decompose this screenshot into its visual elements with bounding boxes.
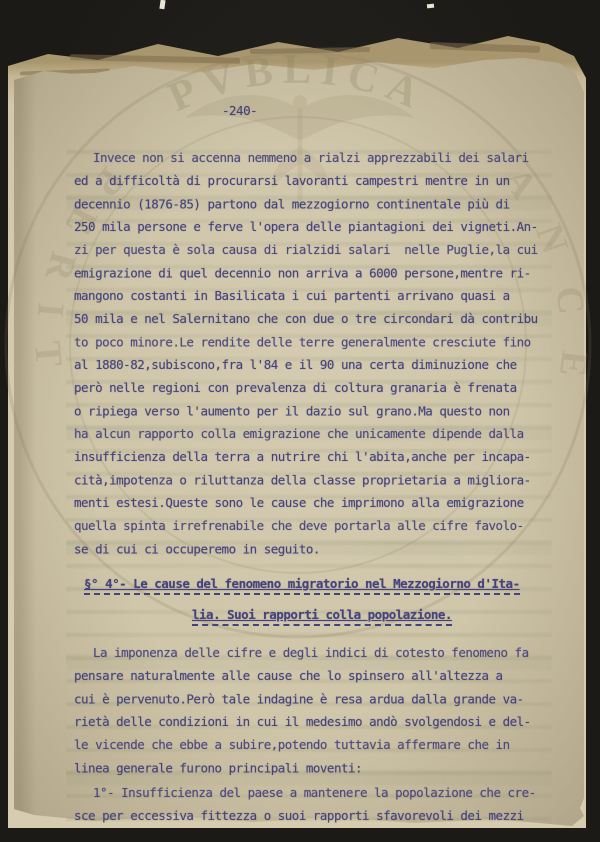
text-line: 1°- Insufficienza del paese a mantenere … <box>74 781 554 804</box>
text-line: se di cui ci occuperemo in seguito. <box>74 538 554 561</box>
body-paragraph-2: La imponenza delle cifre e degli indici … <box>74 641 554 779</box>
section-heading-line-1: §° 4°- Le cause del fenomeno migratorio … <box>84 576 520 595</box>
section-heading-line-2: lia. Suoi rapporti colla popolazione. <box>192 607 452 626</box>
text-line: cui è pervenuto.Però tale indagine è res… <box>74 688 554 711</box>
body-paragraph-1: Invece non si accenna nemmeno a rialzi a… <box>74 146 554 560</box>
text-line: cità,impotenza o riluttanza della classe… <box>74 469 554 492</box>
text-line: Invece non si accenna nemmeno a rialzi a… <box>74 146 554 169</box>
paper-speck <box>159 0 165 9</box>
text-line: ed a difficoltà di procurarsi lavoranti … <box>74 169 554 192</box>
text-line: menti estesi.Queste sono le cause che im… <box>74 491 554 514</box>
text-line: le vicende che ebbe a subire,potendo tut… <box>74 733 554 756</box>
text-line: mangono costanti in Basilicata i cui par… <box>74 284 554 307</box>
text-line: al 1880-82,subiscono,fra l'84 e il 90 un… <box>74 353 554 376</box>
text-line: La imponenza delle cifre e degli indici … <box>74 641 554 664</box>
text-line: pensare naturalmente alle cause che lo s… <box>74 664 554 687</box>
text-line: 50 mila e nel Salernitano che con due o … <box>74 307 554 330</box>
text-line: rietà delle condizioni in cui il medesim… <box>74 710 554 733</box>
text-line: insufficienza della terra a nutrire chi … <box>74 445 554 468</box>
text-line: emigrazione di quel decennio non arriva … <box>74 262 554 285</box>
text-line: però nelle regioni con prevalenza di col… <box>74 376 554 399</box>
text-line: quella spinta irrefrenabile che deve por… <box>74 514 554 537</box>
scanned-document-photo: PVBLICA PERIT ANCE -240- Invece non si a… <box>0 0 600 842</box>
text-line: 250 mila persone e ferve l'opera delle p… <box>74 215 554 238</box>
text-line: linea generale furono principali moventi… <box>74 757 554 780</box>
text-line: zi per questa è sola causa di rialzidi s… <box>74 238 554 261</box>
text-line: decennio (1876-85) partono dal mezzogior… <box>74 193 554 216</box>
page-number: -240- <box>222 103 257 118</box>
text-line: ha alcun rapporto colla emigrazione che … <box>74 422 554 445</box>
text-line: o ripiega verso l'aumento per il dazio s… <box>74 400 554 423</box>
body-paragraph-3: 1°- Insufficienza del paese a mantenere … <box>74 781 554 827</box>
paper-speck <box>427 4 434 9</box>
text-line: sce per eccessiva fittezza o suoi rappor… <box>74 804 554 827</box>
text-line: to poco minore.Le rendite delle terre ge… <box>74 331 554 354</box>
